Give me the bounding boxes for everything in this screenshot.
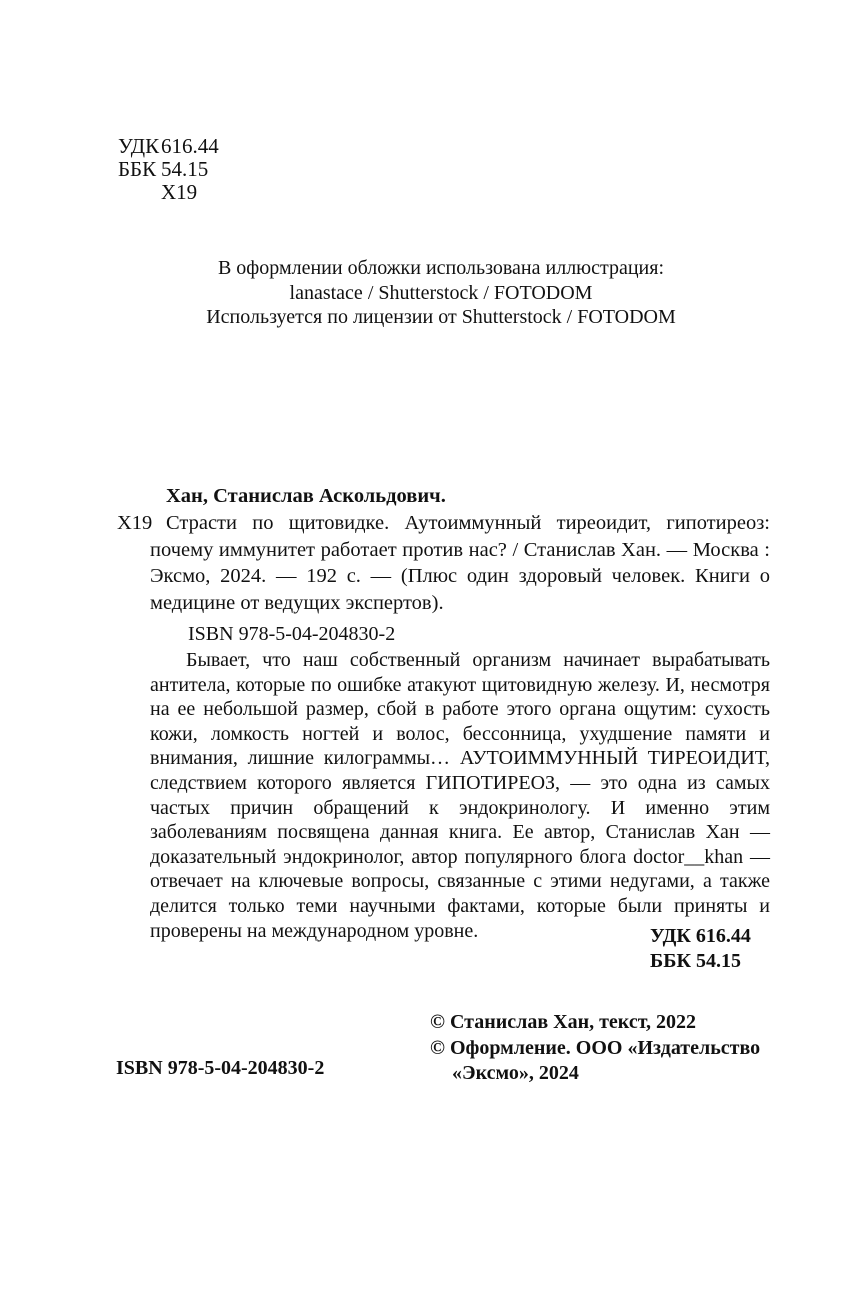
catalog-entry: Х19 Страсти по щитовидке. Аутоиммунный т… <box>150 510 770 616</box>
book-copyright-page: УДК616.44 ББК54.15 Х19 В оформлении обло… <box>0 0 844 1311</box>
udk-line: УДК616.44 <box>118 135 219 158</box>
copyright-design-line: © Оформление. ООО «Издательство «Эксмо»,… <box>430 1036 778 1087</box>
copyright-block: © Станислав Хан, текст, 2022 © Оформлени… <box>430 1010 778 1087</box>
top-classification-codes: УДК616.44 ББК54.15 Х19 <box>118 135 219 204</box>
author-code: Х19 <box>161 180 197 204</box>
isbn-bottom: ISBN 978-5-04-204830-2 <box>116 1057 324 1080</box>
annotation-paragraph: Бывает, что наш собственный организм нач… <box>150 648 770 943</box>
copyright-text-line: © Станислав Хан, текст, 2022 <box>430 1010 778 1036</box>
bbk-line: ББК54.15 <box>118 158 219 181</box>
bbk-bottom: ББК 54.15 <box>650 949 751 974</box>
udk-value: 616.44 <box>161 134 219 158</box>
catalog-entry-text: Страсти по щитовидке. Аутоиммунный тирео… <box>150 510 770 616</box>
catalog-entry-code: Х19 <box>117 512 152 535</box>
isbn-catalog: ISBN 978-5-04-204830-2 <box>150 623 770 646</box>
author-heading: Хан, Станислав Аскольдович. <box>150 483 770 510</box>
credit-line: lanastace / Shutterstock / FOTODOM <box>150 281 732 306</box>
udk-label: УДК <box>118 135 161 158</box>
credit-line: В оформлении обложки использована иллюст… <box>150 256 732 281</box>
bbk-value: 54.15 <box>161 157 208 181</box>
cover-illustration-credit: В оформлении обложки использована иллюст… <box>150 256 732 330</box>
credit-line: Используется по лицензии от Shutterstock… <box>150 305 732 330</box>
author-code-line: Х19 <box>118 181 219 204</box>
bbk-label: ББК <box>118 158 161 181</box>
udk-bottom: УДК 616.44 <box>650 924 751 949</box>
bottom-classification-codes: УДК 616.44 ББК 54.15 <box>650 924 751 973</box>
catalog-card: Хан, Станислав Аскольдович. Х19 Страсти … <box>150 483 770 646</box>
